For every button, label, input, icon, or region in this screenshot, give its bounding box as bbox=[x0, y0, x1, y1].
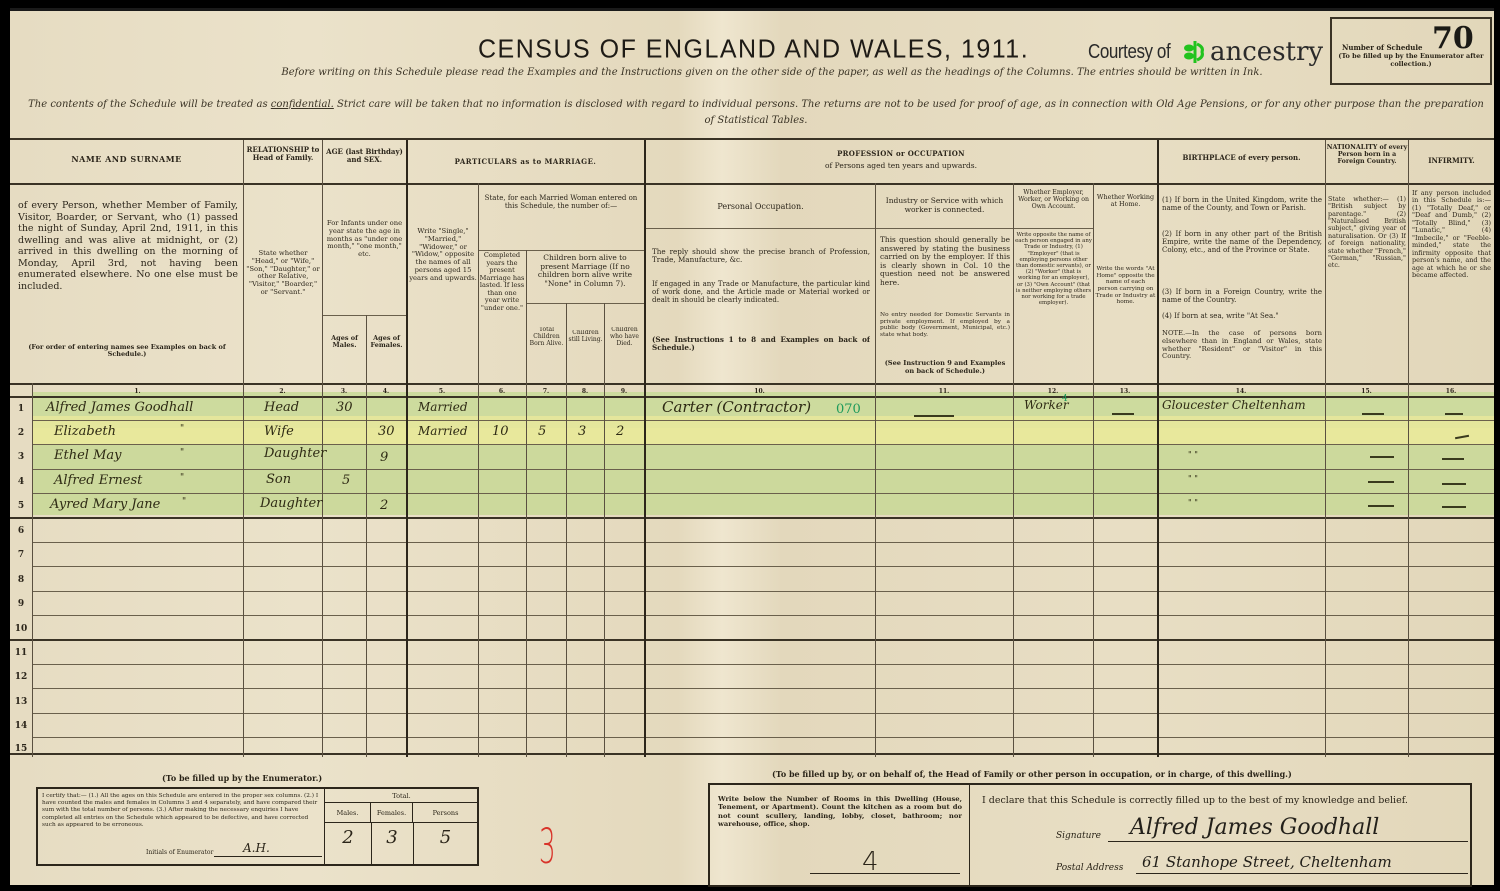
header-age: AGE (last Birthday) and SEX. bbox=[323, 148, 406, 164]
header-employer: Whether Employer, Worker, or Working on … bbox=[1014, 189, 1093, 210]
row-highlight-2 bbox=[32, 428, 1494, 444]
years-married[interactable]: 10 bbox=[492, 424, 509, 439]
document-title: CENSUS OF ENGLAND AND WALES, 1911. bbox=[478, 34, 1029, 64]
header-birthplace-body2: (2) If born in any other part of the Bri… bbox=[1162, 230, 1322, 254]
header-children-living: Children still Living. bbox=[567, 330, 604, 344]
household-table: NAME AND SURNAME of every Person, whethe… bbox=[10, 138, 1494, 755]
rooms-instruction: Write below the Number of Rooms in this … bbox=[718, 795, 962, 829]
header-personal-body1: The reply should show the precise branch… bbox=[652, 248, 870, 265]
age-female[interactable]: 9 bbox=[380, 450, 388, 465]
column-number: 12. bbox=[1013, 385, 1093, 398]
relationship[interactable]: Son bbox=[266, 472, 291, 487]
person-name[interactable]: Ethel May bbox=[54, 448, 121, 463]
row-number: 14 bbox=[11, 721, 31, 731]
certify-text: I certify that:— (1.) All the ages on th… bbox=[42, 793, 322, 829]
industry-dash bbox=[914, 415, 954, 417]
ancestry-logo: ancestry bbox=[1210, 37, 1323, 67]
header-name-body: of every Person, whether Member of Famil… bbox=[18, 200, 238, 293]
column-number: 13. bbox=[1093, 385, 1157, 398]
postal-address-line bbox=[1136, 873, 1468, 874]
column-number: 1. bbox=[32, 385, 243, 398]
relationship[interactable]: Daughter bbox=[260, 496, 322, 511]
totals-table: Total. Males. Females. Persons 2 3 5 bbox=[324, 789, 477, 864]
row-number: 13 bbox=[11, 697, 31, 707]
ditto-mark: " bbox=[180, 424, 184, 434]
header-marriage-state: State, for each Married Woman entered on… bbox=[480, 194, 642, 210]
header-occupation-subtitle: of Persons aged ten years and upwards. bbox=[645, 162, 1157, 171]
row-number: 4 bbox=[11, 477, 31, 487]
header-industry-body1: This question should generally be answer… bbox=[880, 236, 1010, 287]
header-age-females: Ages of Females. bbox=[367, 335, 406, 350]
row-number: 6 bbox=[11, 526, 31, 536]
header-infirmity-body: If any person included in this Schedule … bbox=[1412, 190, 1491, 280]
header-name-note: (For order of entering names see Example… bbox=[14, 344, 240, 359]
row-number: 10 bbox=[11, 624, 31, 634]
marital-status[interactable]: Married bbox=[418, 400, 468, 414]
header-employer-body: Write opposite the name of each person e… bbox=[1015, 232, 1092, 306]
rooms-section: Write below the Number of Rooms in this … bbox=[710, 785, 970, 885]
nationality-dash bbox=[1368, 481, 1394, 483]
age-male[interactable]: 5 bbox=[342, 473, 350, 488]
nationality-dash bbox=[1362, 413, 1384, 415]
birthplace-ditto: " " bbox=[1188, 474, 1198, 483]
header-relationship-body: State whether "Head," or "Wife," "Son," … bbox=[246, 250, 320, 297]
header-infirmity: INFIRMITY. bbox=[1409, 157, 1494, 165]
header-children-born: Children born alive to present Marriage … bbox=[528, 254, 642, 289]
nationality-dash bbox=[1368, 505, 1394, 507]
children-born[interactable]: 5 bbox=[538, 424, 546, 439]
initials-label: Initials of Enumerator bbox=[146, 849, 213, 856]
declaration-text: I declare that this Schedule is correctl… bbox=[982, 795, 1408, 806]
row-number: 2 bbox=[11, 428, 31, 438]
courtesy-banner[interactable]: Courtesy of ancestry bbox=[1088, 37, 1323, 67]
header-nationality: NATIONALITY of every Person born in a Fo… bbox=[1326, 144, 1408, 166]
total-females[interactable]: 3 bbox=[371, 827, 413, 848]
signature-line bbox=[1108, 841, 1468, 842]
person-name[interactable]: Alfred James Goodhall bbox=[46, 400, 193, 415]
postal-address[interactable]: 61 Stanhope Street, Cheltenham bbox=[1142, 853, 1392, 871]
birthplace-ditto: " " bbox=[1188, 450, 1198, 459]
relationship[interactable]: Head bbox=[264, 400, 299, 415]
row-number: 9 bbox=[11, 599, 31, 609]
header-age-males: Ages of Males. bbox=[323, 335, 366, 350]
column-number: 16. bbox=[1408, 385, 1494, 398]
at-home-dash bbox=[1112, 413, 1134, 415]
infirmity-dash bbox=[1445, 413, 1463, 415]
header-age-body: For Infants under one year state the age… bbox=[325, 220, 404, 259]
infirmity-dash bbox=[1442, 506, 1466, 508]
confidential-pre: The contents of the Schedule will be tre… bbox=[28, 99, 271, 110]
head-of-family-section-title: (To be filled up by, or on behalf of, th… bbox=[772, 769, 1292, 779]
header-marriage-condition: Write "Single," "Married," "Widower," or… bbox=[409, 228, 477, 283]
census-schedule: CENSUS OF ENGLAND AND WALES, 1911. Court… bbox=[10, 8, 1494, 885]
signature-label: Signature bbox=[1056, 831, 1101, 841]
totals-header: Total. bbox=[325, 789, 478, 803]
infirmity-dash bbox=[1442, 483, 1466, 485]
column-number: 5. bbox=[406, 385, 478, 398]
initials-line bbox=[214, 856, 322, 857]
header-at-home-body: Write the words "At Home" opposite the n… bbox=[1095, 266, 1156, 306]
row-highlight-1b bbox=[32, 416, 1494, 428]
row-number: 12 bbox=[11, 672, 31, 682]
header-birthplace: BIRTHPLACE of every person. bbox=[1158, 154, 1325, 162]
header-personal-occupation: Personal Occupation. bbox=[646, 202, 875, 211]
total-males[interactable]: 2 bbox=[325, 827, 371, 848]
header-birthplace-note: NOTE.—In the case of persons born elsewh… bbox=[1162, 330, 1322, 361]
birthplace[interactable]: Gloucester Cheltenham bbox=[1162, 398, 1306, 412]
children-living[interactable]: 3 bbox=[578, 424, 586, 439]
ancestry-leaf-icon bbox=[1182, 39, 1208, 65]
children-died[interactable]: 2 bbox=[616, 424, 624, 439]
header-industry-body3: (See Instruction 9 and Examples on back … bbox=[880, 360, 1010, 375]
header-personal-body3: (See Instructions 1 to 8 and Examples on… bbox=[652, 336, 870, 353]
totals-persons-label: Persons bbox=[413, 803, 478, 823]
column-number: 10. bbox=[644, 385, 875, 398]
schedule-number-label: Number of Schedule bbox=[1342, 43, 1422, 52]
row-number: 8 bbox=[11, 575, 31, 585]
enumerator-certificate: I certify that:— (1.) All the ages on th… bbox=[36, 787, 479, 866]
person-name[interactable]: Ayred Mary Jane bbox=[50, 497, 160, 512]
rooms-line bbox=[810, 873, 960, 874]
personal-occupation[interactable]: Carter (Contractor) bbox=[662, 398, 811, 416]
column-number: 3. bbox=[322, 385, 366, 398]
header-birthplace-body3: (3) If born in a Foreign Country, write … bbox=[1162, 288, 1322, 304]
column-number: 2. bbox=[243, 385, 322, 398]
row-number: 5 bbox=[11, 501, 31, 511]
confidential-notice: The contents of the Schedule will be tre… bbox=[26, 97, 1486, 129]
age-female[interactable]: 2 bbox=[380, 498, 388, 513]
total-persons[interactable]: 5 bbox=[413, 827, 478, 848]
birthplace-ditto: " " bbox=[1188, 498, 1198, 507]
header-industry: Industry or Service with which worker is… bbox=[877, 197, 1012, 214]
column-number: 14. bbox=[1157, 385, 1325, 398]
head-of-family-declaration: Write below the Number of Rooms in this … bbox=[708, 783, 1472, 887]
confidential-post: Strict care will be taken that no inform… bbox=[334, 99, 1484, 126]
header-children-died: Children who have Died. bbox=[605, 327, 644, 348]
header-marriage-years: Completed years the present Marriage has… bbox=[479, 252, 525, 313]
age-male[interactable]: 30 bbox=[336, 400, 353, 415]
row-number: 15 bbox=[11, 744, 31, 754]
schedule-number: 70 bbox=[1432, 21, 1474, 56]
nationality-dash bbox=[1370, 456, 1394, 458]
ditto-mark: " bbox=[182, 497, 186, 507]
header-birthplace-body4: (4) If born at sea, write "At Sea." bbox=[1162, 312, 1322, 320]
column-number: 9. bbox=[604, 385, 644, 398]
postal-address-label: Postal Address bbox=[1056, 863, 1123, 873]
row-highlight-3-5 bbox=[32, 444, 1494, 515]
confidential-word: confidential. bbox=[271, 99, 334, 110]
row-number: 7 bbox=[11, 550, 31, 560]
header-occupation: PROFESSION or OCCUPATION bbox=[645, 150, 1157, 158]
header-industry-body2: No entry needed for Domestic Servants in… bbox=[880, 312, 1010, 339]
ditto-mark: " bbox=[180, 448, 184, 458]
header-relationship: RELATIONSHIP to Head of Family. bbox=[244, 146, 322, 162]
header-name: NAME AND SURNAME bbox=[10, 155, 243, 164]
employment-code: 4 bbox=[1062, 394, 1068, 404]
enumerator-section-title: (To be filled up by the Enumerator.) bbox=[162, 773, 322, 783]
header-birthplace-body1: (1) If born in the United Kingdom, write… bbox=[1162, 196, 1322, 212]
header-divider bbox=[10, 183, 1494, 185]
header-marriage: PARTICULARS as to MARRIAGE. bbox=[407, 158, 644, 166]
header-at-home: Whether Working at Home. bbox=[1094, 194, 1157, 209]
occupation-code: 070 bbox=[836, 402, 861, 417]
totals-females-label: Females. bbox=[371, 803, 413, 823]
row-number: 11 bbox=[11, 648, 31, 658]
totals-males-label: Males. bbox=[325, 803, 371, 823]
header-nationality-body: State whether:— (1) "British subject by … bbox=[1328, 196, 1406, 270]
instruction-line: Before writing on this Schedule please r… bbox=[10, 67, 1494, 78]
row-number: 3 bbox=[11, 452, 31, 462]
marital-status[interactable]: Married bbox=[418, 424, 468, 438]
header-personal-body2: If engaged in any Trade or Manufacture, … bbox=[652, 280, 870, 304]
relationship[interactable]: Wife bbox=[264, 424, 294, 439]
column-number: 15. bbox=[1325, 385, 1408, 398]
courtesy-prefix: Courtesy of bbox=[1088, 41, 1166, 64]
person-name[interactable]: Alfred Ernest bbox=[54, 473, 142, 488]
column-number: 4. bbox=[366, 385, 406, 398]
column-number: 11. bbox=[875, 385, 1013, 398]
ditto-mark: " bbox=[180, 473, 184, 483]
red-annotation: 3 bbox=[539, 819, 556, 875]
column-number: 8. bbox=[566, 385, 604, 398]
row-number: 1 bbox=[11, 404, 31, 414]
person-name[interactable]: Elizabeth bbox=[54, 424, 116, 439]
signature[interactable]: Alfred James Goodhall bbox=[1130, 815, 1379, 840]
age-female[interactable]: 30 bbox=[378, 424, 395, 439]
column-number: 7. bbox=[526, 385, 566, 398]
infirmity-dash bbox=[1442, 458, 1464, 460]
relationship[interactable]: Daughter bbox=[264, 446, 326, 461]
enumerator-initials[interactable]: A.H. bbox=[243, 841, 270, 855]
column-number: 6. bbox=[478, 385, 526, 398]
header-children-total: Total Children Born Alive. bbox=[527, 327, 566, 348]
